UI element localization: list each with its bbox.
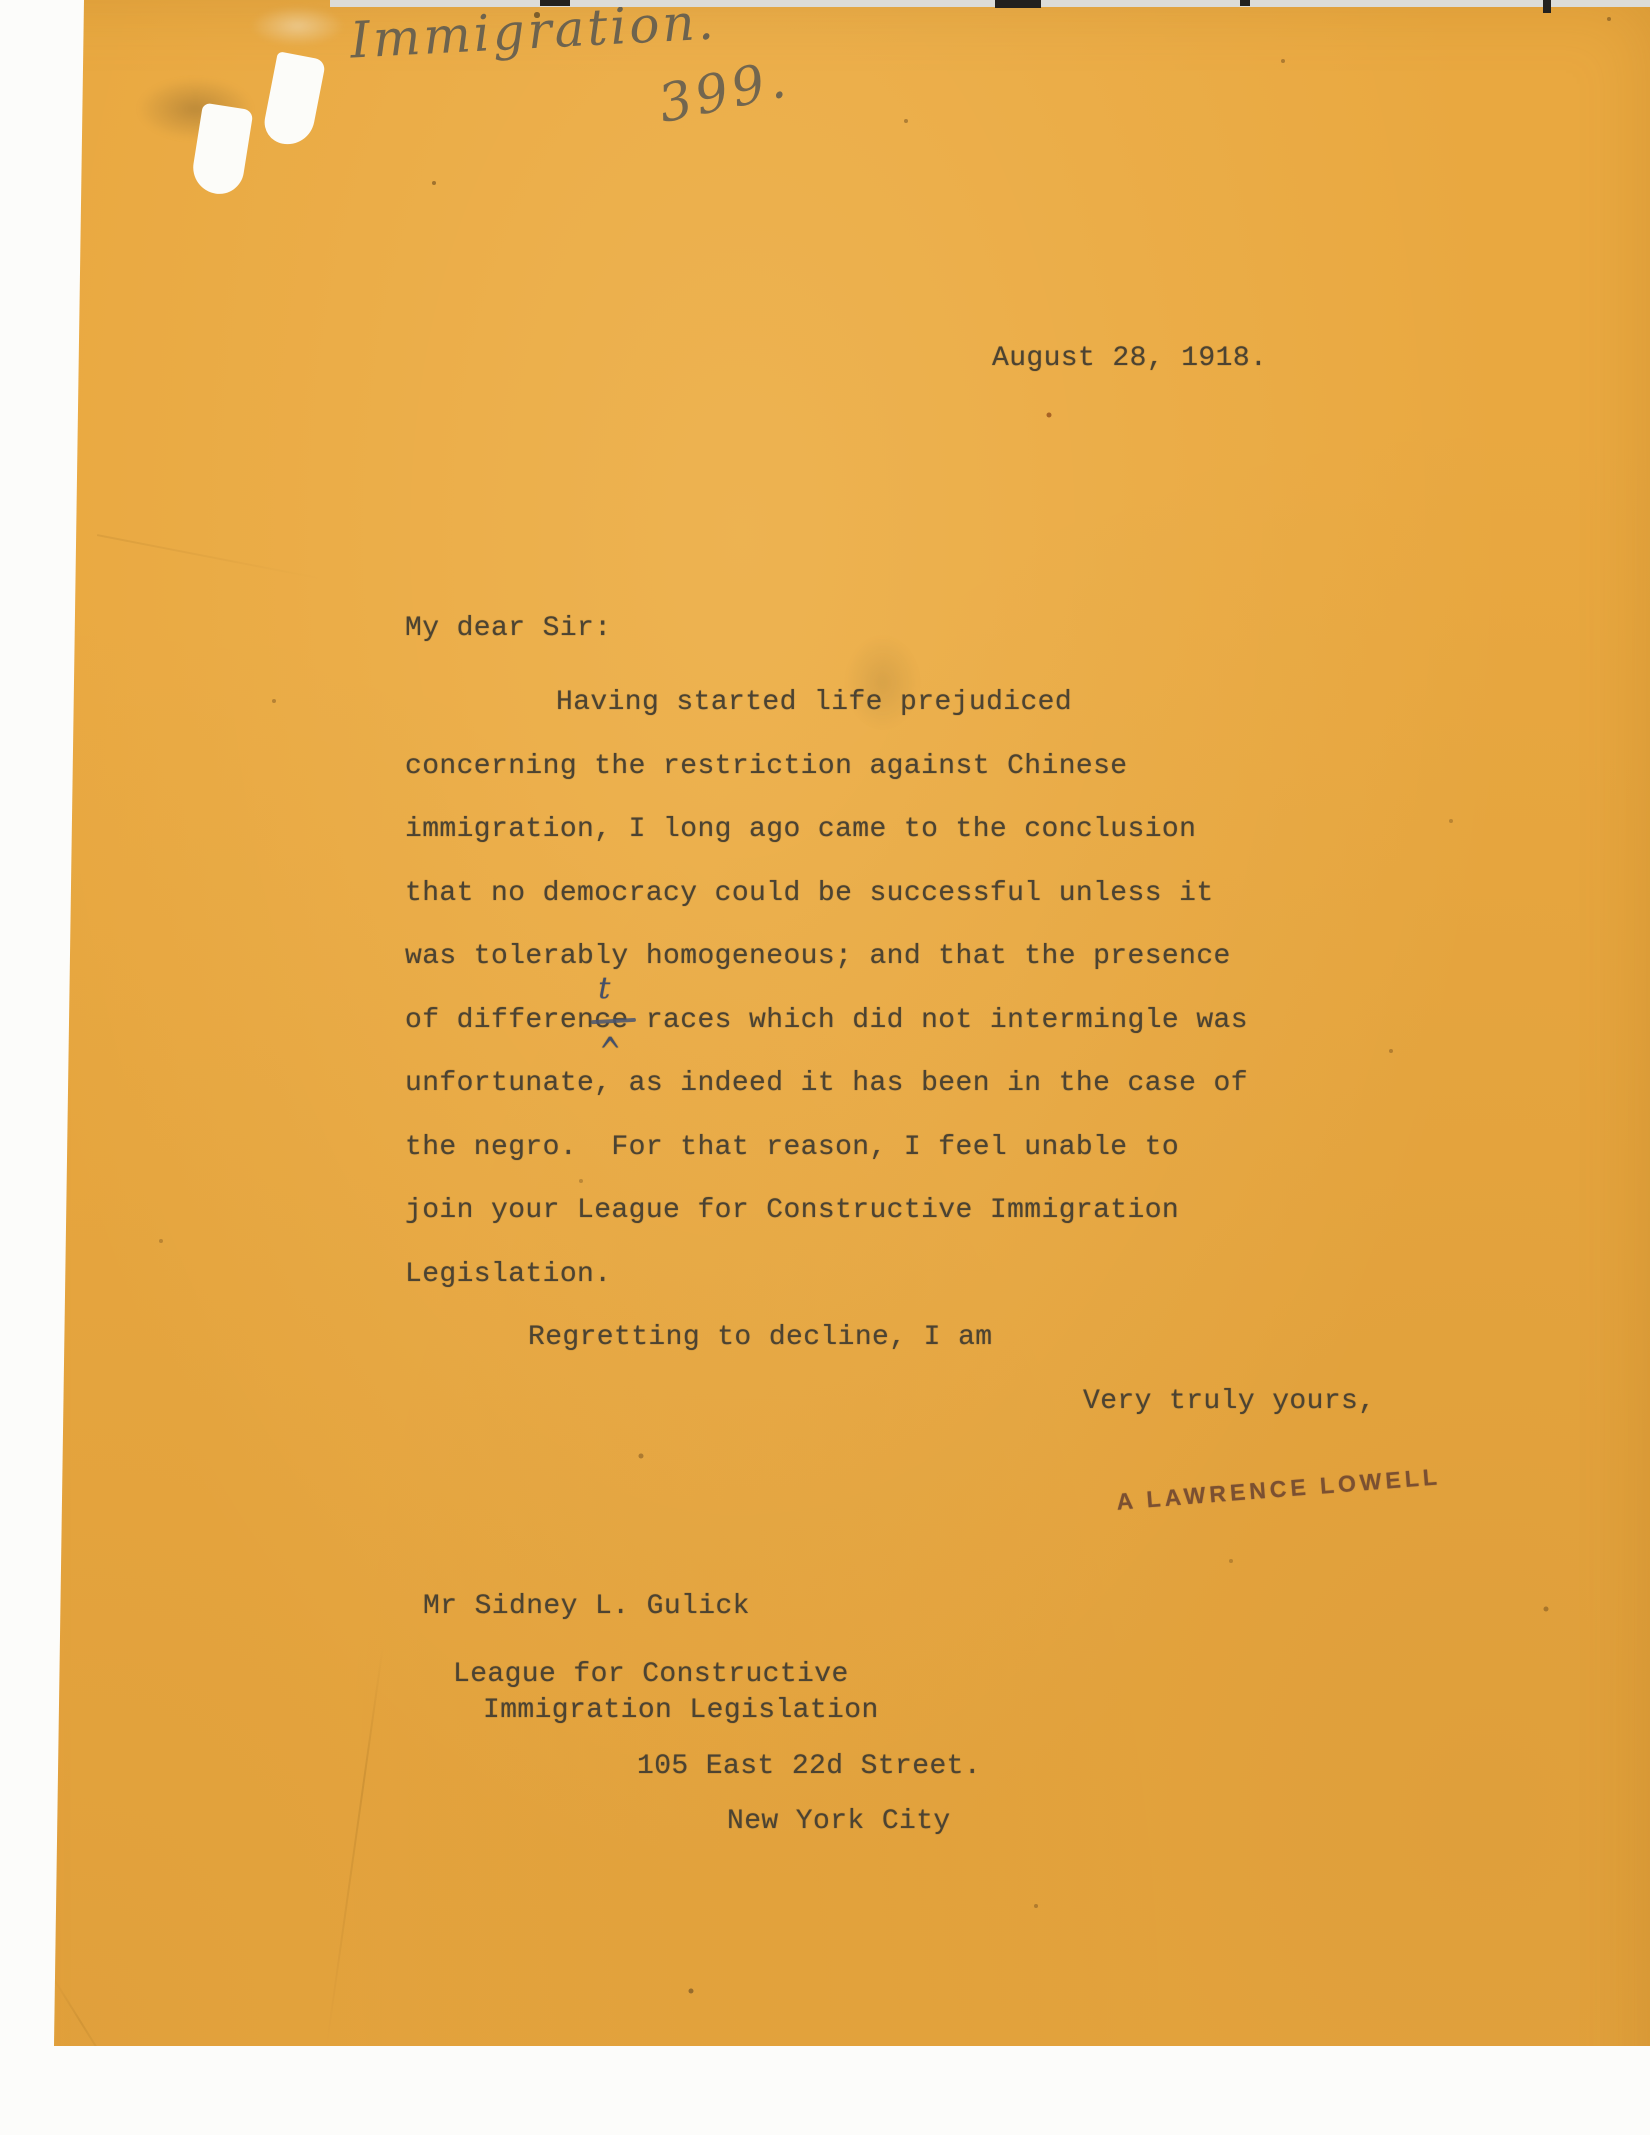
scan-edge-strip (330, 0, 1650, 7)
scan-edge-mark (1543, 0, 1551, 13)
recipient-org-line2: Immigration Legislation (483, 1694, 879, 1728)
scanned-letter-page: Immigration. 399. August 28, 1918. My de… (0, 0, 1650, 2135)
torn-tape-patch (189, 103, 253, 198)
paper-speckles (0, 0, 2, 2)
body-line: unfortunate, as indeed it has been in th… (405, 1067, 1248, 1101)
inserted-letter: t (598, 972, 610, 1006)
scuff-mark (250, 6, 345, 46)
body-line: Legislation. (405, 1258, 611, 1292)
paper-sheet: Immigration. 399. August 28, 1918. My de… (0, 0, 1650, 2135)
handwritten-page-number: 399. (653, 49, 794, 135)
body-line: join your League for Constructive Immigr… (405, 1194, 1179, 1228)
torn-tape-patch (261, 51, 326, 149)
signoff-line: Very truly yours, (1083, 1385, 1375, 1419)
signature-stamp: A LAWRENCE LOWELL (1115, 1463, 1441, 1515)
recipient-address-line2: New York City (727, 1805, 951, 1839)
scan-edge-mark (1240, 0, 1250, 6)
body-line-with-correction: of differencet^ races which did not inte… (405, 1004, 1248, 1038)
paper-crease (97, 534, 323, 580)
body-line: that no democracy could be successful un… (405, 877, 1214, 911)
letter-date: August 28, 1918. (992, 342, 1267, 376)
correction-cluster: cet^ (594, 1004, 628, 1038)
body-line: Having started life prejudiced (556, 686, 1072, 720)
body-line: concerning the restriction against Chine… (405, 750, 1128, 784)
body-line: the negro. For that reason, I feel unabl… (405, 1131, 1179, 1165)
paper-crease (325, 1645, 384, 2051)
body-text: races which did not intermingle was (629, 1005, 1248, 1036)
recipient-name: Mr Sidney L. Gulick (423, 1590, 750, 1624)
body-text: of differen (405, 1005, 594, 1036)
body-line: was tolerably homogeneous; and that the … (405, 940, 1231, 974)
salutation: My dear Sir: (405, 612, 611, 646)
handwritten-immigration-label: Immigration. (349, 0, 718, 70)
recipient-org-line1: League for Constructive (453, 1658, 849, 1692)
body-line: immigration, I long ago came to the conc… (405, 813, 1196, 847)
recipient-address-line1: 105 East 22d Street. (637, 1750, 981, 1784)
scan-edge-mark (540, 0, 570, 6)
paper-crease (50, 1973, 113, 2072)
scan-edge-mark (995, 0, 1041, 8)
closing-line: Regretting to decline, I am (528, 1321, 992, 1355)
